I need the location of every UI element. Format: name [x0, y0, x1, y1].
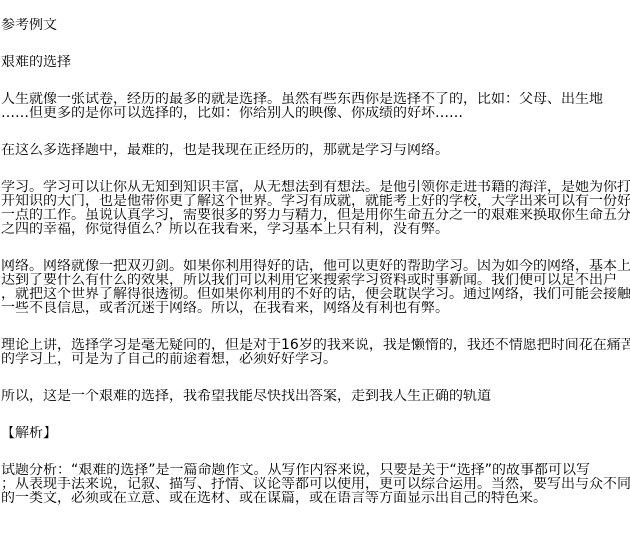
- text-line: 所以，这是一个艰难的选择，我希望我能尽快找出答案，走到我人生正确的轨道: [1, 389, 630, 403]
- text-line: 开知识的大门，也是他带你更了解这个世界。学习有成就，就能考上好的学校，大学出来可…: [1, 194, 630, 208]
- text-line: 之四的幸福，你觉得值么？所以在我看来，学习基本上只有利，没有弊。: [1, 222, 630, 236]
- text-line: 一点的工作。虽说认真学习，需要很多的努力与精力，但是用你生命五分之一的艰难来换取…: [1, 208, 630, 222]
- text-line: 学习。学习可以让你从无知到知识丰富，从无想法到有想法。是他引领你走进书籍的海洋，…: [1, 180, 630, 194]
- text-line: 的一类文，必须或在立意、或在选材、或在谋篇，或在语言等方面显示出自己的特色来。: [1, 491, 630, 505]
- essay-paragraph-1: 人生就像一张试卷，经历的最多的就是选择。虽然有些东西你是选择不了的，比如：父母、…: [1, 92, 630, 120]
- essay-title: 艰难的选择: [1, 55, 630, 69]
- essay-paragraph-3: 学习。学习可以让你从无知到知识丰富，从无想法到有想法。是他引领你走进书籍的海洋，…: [1, 180, 630, 236]
- essay-paragraph-6: 所以，这是一个艰难的选择，我希望我能尽快找出答案，走到我人生正确的轨道: [1, 389, 630, 403]
- text-line: 在这么多选择题中，最难的，也是我现在正经历的，那就是学习与网络。: [1, 143, 630, 157]
- text-line: 理论上讲，选择学习是毫无疑问的，但是对于16岁的我来说，我是懒惰的，我还不情愿把…: [1, 338, 630, 352]
- essay-paragraph-2: 在这么多选择题中，最难的，也是我现在正经历的，那就是学习与网络。: [1, 143, 630, 157]
- analysis-paragraph: 试题分析：“艰难的选择”是一篇命题作文。从写作内容来说，只要是关于“选择”的故事…: [1, 463, 630, 505]
- text-line: 试题分析：“艰难的选择”是一篇命题作文。从写作内容来说，只要是关于“选择”的故事…: [1, 463, 630, 477]
- text-line: 网络。网络就像一把双刃剑。如果你利用得好的话，他可以更好的帮助学习。因为如今的网…: [1, 259, 630, 273]
- text-line: ；从表现手法来说，记叙、描写、抒情、议论等都可以使用，更可以综合运用。当然，要写…: [1, 477, 630, 491]
- text-line: 艰难的选择: [1, 55, 630, 69]
- text-line: 一些不良信息，或者沉迷于网络。所以，在我看来，网络及有利也有弊。: [1, 301, 630, 315]
- text-line: 的学习上，可是为了自己的前途着想，必须好好学习。: [1, 352, 630, 366]
- essay-paragraph-5: 理论上讲，选择学习是毫无疑问的，但是对于16岁的我来说，我是懒惰的，我还不情愿把…: [1, 338, 630, 366]
- text-line: ，就把这个世界了解得很透彻。但如果你利用的不好的话，便会耽误学习。通过网络，我们…: [1, 287, 630, 301]
- text-line: 人生就像一张试卷，经历的最多的就是选择。虽然有些东西你是选择不了的，比如：父母、…: [1, 92, 630, 106]
- text-line: ……但更多的是你可以选择的，比如：你给别人的映像、你成绩的好坏……: [1, 106, 630, 120]
- reference-label: 参考例文: [1, 18, 630, 32]
- text-line: 达到了要什么有什么的效果，所以我们可以利用它来搜索学习资料或时事新闻。我们便可以…: [1, 273, 630, 287]
- text-line: 参考例文: [1, 18, 630, 32]
- essay-paragraph-4: 网络。网络就像一把双刃剑。如果你利用得好的话，他可以更好的帮助学习。因为如今的网…: [1, 259, 630, 315]
- analysis-header: 【解析】: [1, 426, 630, 440]
- document: 参考例文艰难的选择人生就像一张试卷，经历的最多的就是选择。虽然有些东西你是选择不…: [0, 0, 630, 548]
- text-line: 【解析】: [1, 426, 630, 440]
